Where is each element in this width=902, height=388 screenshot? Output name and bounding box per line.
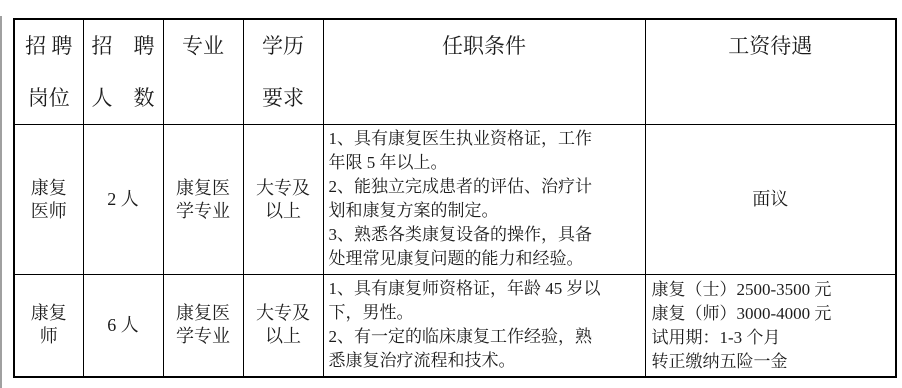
cell-count: 6 人 [83,275,163,377]
cell-count: 2 人 [83,125,163,275]
header-cell-major: 专业 [163,19,243,125]
table-row-rehab-therapist: 康复 师 6 人 康复医 学专业 大专及 以上 1、具有康复师资格证，年龄 45… [14,275,896,377]
cell-requirements: 1、具有康复师资格证，年龄 45 岁以 下，男性。 2、有一定的临床康复工作经验… [323,275,645,377]
cell-requirements: 1、具有康复医生执业资格证，工作 年限 5 年以上。 2、能独立完成患者的评估、… [323,125,645,275]
screenshot-root: 招 聘 岗位 招 聘 人 数 专业 学历 要求 任职条件 工资待遇 康复 医师 … [0,0,902,388]
header-cell-education: 学历 要求 [243,19,323,125]
screen-edge-line [0,16,2,388]
cell-position: 康复 师 [14,275,83,377]
table-header-row: 招 聘 岗位 招 聘 人 数 专业 学历 要求 任职条件 工资待遇 [14,19,896,125]
cell-education: 大专及 以上 [243,125,323,275]
header-cell-requirements: 任职条件 [323,19,645,125]
cell-education: 大专及 以上 [243,275,323,377]
cell-salary: 康复（士）2500-3500 元 康复（师）3000-4000 元 试用期：1-… [645,275,896,377]
cell-major: 康复医 学专业 [163,125,243,275]
header-cell-count: 招 聘 人 数 [83,19,163,125]
recruitment-table: 招 聘 岗位 招 聘 人 数 专业 学历 要求 任职条件 工资待遇 康复 医师 … [13,18,897,378]
header-cell-salary: 工资待遇 [645,19,896,125]
cell-position: 康复 医师 [14,125,83,275]
table-row-rehab-doctor: 康复 医师 2 人 康复医 学专业 大专及 以上 1、具有康复医生执业资格证，工… [14,125,896,275]
header-cell-position: 招 聘 岗位 [14,19,83,125]
cell-salary: 面议 [645,125,896,275]
cell-major: 康复医 学专业 [163,275,243,377]
